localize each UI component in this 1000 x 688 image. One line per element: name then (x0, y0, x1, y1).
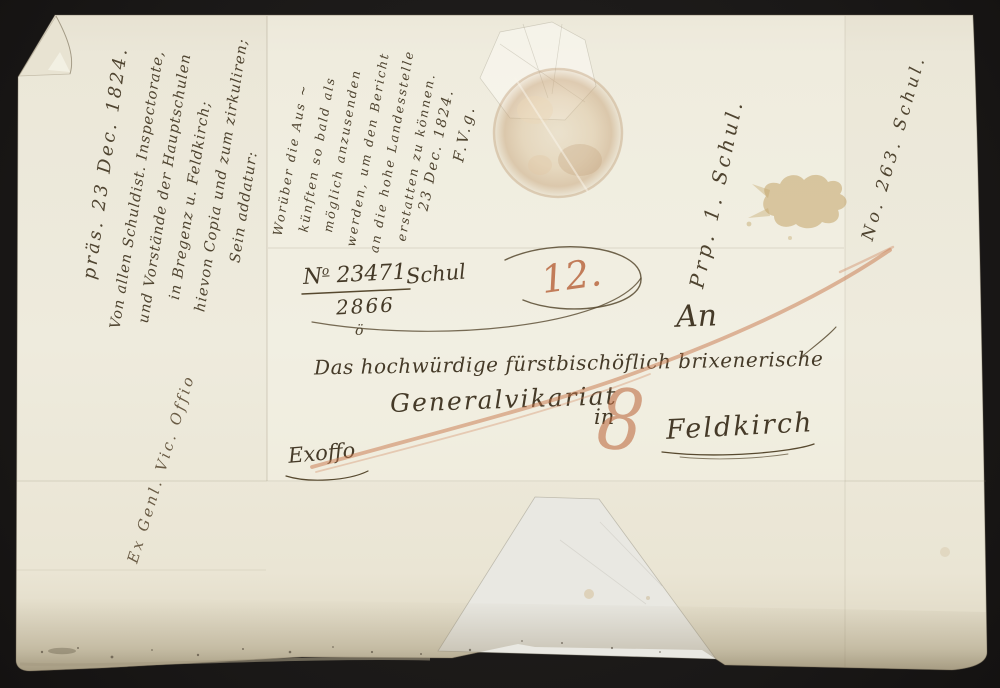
address-salutation-text: An (675, 298, 717, 334)
foxing-spot-3 (940, 547, 950, 557)
registry-denominator-value: 2866 (335, 292, 395, 319)
address-salutation: An (675, 299, 717, 333)
registry-subject-text: Schul (405, 259, 467, 288)
registry-small-mark-text: ö (355, 323, 363, 339)
bottom-smudge (48, 648, 76, 654)
registry-denominator: 2866 (335, 293, 395, 318)
foxing-spot-2 (646, 596, 650, 600)
seal-mottle-2 (558, 144, 602, 176)
registry-no-sup: o (322, 263, 330, 277)
registry-number-value: 23471 (336, 260, 407, 289)
ink-stain-drip-2 (788, 236, 792, 240)
ink-stain (763, 175, 846, 228)
registry-small-mark: ö (355, 324, 363, 339)
foxing-spot-1 (584, 589, 594, 599)
rate-mark-text: 12. (538, 250, 604, 302)
rate-mark: 12. (538, 250, 604, 302)
registry-no-label: N (302, 264, 323, 290)
ink-stain-drip-1 (747, 222, 752, 227)
photo-background: präs. 23 Dec. 1824. Von allen Schuldist.… (0, 0, 1000, 688)
crayon-numeral: 8 (592, 369, 664, 483)
seal-mottle-3 (528, 155, 552, 175)
crayon-numeral-text: 8 (593, 369, 648, 471)
